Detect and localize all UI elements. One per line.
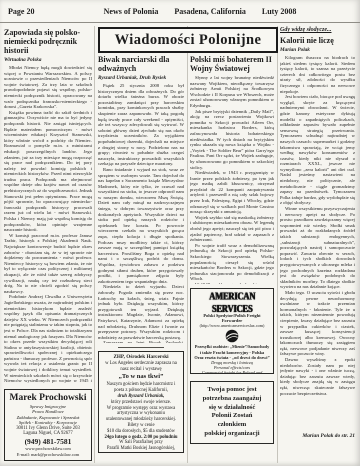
ticket-prices: $10 dla dorosłych, $5 dla studentów (101, 429, 181, 435)
ad-line: i także Fracht komercyjny - Polska (193, 350, 271, 355)
article-paragraph: W komisji pracował m.in. profesor Janusz… (4, 233, 92, 295)
continuation-note: Marian Polak do str. 21 (280, 433, 355, 439)
column-4: Gdy widzę słodycze... Kalorii nie liczę … (280, 26, 355, 439)
ad-line: Przesyłki osobiste: „Mienie”/Samochody (193, 344, 271, 349)
article-paragraph: Kilogram tłuszczu na biodrach to jakieś … (280, 55, 355, 94)
ad-line: Commercial freight for Poland and worldw… (193, 370, 271, 374)
zhp-announcement: ZHP, Ośrodek Harcerski w Los Angeles ser… (98, 351, 184, 453)
article-paragraph: Książka powinna trafić do szkół średnich… (4, 110, 92, 233)
masthead: News of Polonia Pasadena, California Lut… (70, 7, 330, 16)
article-paragraph: Słynny z lat wojny brunatny niedźwiedź n… (190, 75, 274, 109)
appeal-line: się w działalność (193, 404, 271, 413)
page-header: Page 20 News of Polonia Pasadena, Califo… (0, 7, 360, 21)
prochowski-ad: Marek Prochowski Sprawy Imigracyjne Praw… (4, 389, 92, 461)
zhp-line: w Los Angeles serdecznie zaprasza na (101, 361, 181, 367)
ad-subtitle: Polski Spedytor/Polish Freight Forwarder (193, 313, 271, 323)
column-rule (94, 26, 95, 463)
article-headline: Zapowiada się polsko-niemiecki podręczni… (4, 28, 92, 55)
article-paragraph: Mało tego. O uczuciu sytości i głodu dec… (280, 290, 355, 357)
article-paragraph: W 1947 r. oddano go edynburskiemu zoo, g… (190, 282, 274, 284)
page-number: Page 20 (8, 7, 34, 16)
header-rule (0, 22, 360, 23)
article-podrecznik: Zapowiada się polsko-niemiecki podręczni… (4, 28, 92, 384)
article-paragraph: Winne wszystkiemu przyzwyczajenia i nerw… (280, 206, 355, 290)
masthead-name: News of Polonia (104, 7, 159, 16)
masthead-date: Luty 2008 (262, 7, 296, 16)
article-paragraph: Dawno wyszliśmy z epoki niedoborów. Zost… (280, 357, 355, 396)
newspaper-page: Page 20 News of Polonia Pasadena, Califo… (0, 0, 360, 466)
service-line: Spółek - Kontrakty - Korporacje (7, 420, 89, 425)
column-rule (277, 26, 278, 463)
email-address: E-mail: mark@prochowskilaw.com (7, 452, 89, 457)
article-paragraph: Piątek 25 stycznia 2008 roku był history… (98, 83, 184, 167)
article-paragraph: Niedziela to dzień wyjazdu. Dzieci żałow… (98, 284, 184, 340)
american-services-logo: AMERICAN SERVICES (193, 290, 271, 315)
polonia-appeal-box: Twoja pomoc jest potrzebna zaangażuj się… (190, 381, 274, 444)
article-kalorie: Kilogram tłuszczu na biodrach to jakieś … (280, 55, 355, 431)
article-paragraph: Jak pisze brytyjski dziennik „Daily Mail… (190, 109, 274, 171)
section-divider (118, 347, 164, 348)
article-paragraph: Rano śniadanie i wyjazd na stok, wraz ze… (98, 167, 184, 284)
zhp-line: który przedstawi swoje wiersze. (101, 400, 181, 406)
article-paragraph: Jest bowiem ciało, biorące pod uwagę wyg… (280, 94, 355, 206)
article-byline: Ryszard Urbaniak, Druh Rysiek (98, 75, 184, 81)
article-paragraph: Po wojnie trafił wraz z demobilizowaną j… (190, 243, 274, 282)
phone-number: (949) 481-7581 (7, 437, 89, 447)
article-paragraph: Młodzi Niemcy będą mogli dowiedzieć się … (4, 65, 92, 110)
zhp-line: nasz recital i wystawę (101, 367, 181, 373)
masthead-place: Pasadena, California (174, 7, 246, 16)
venue-line: 3424 W. Adams Blvd., Los Angeles (101, 452, 181, 453)
article-headline: Biwak narciarski dla odważnych (98, 55, 184, 73)
event-title: „To w nas tkwi” (101, 373, 181, 381)
article-byline: Wirtualna Polska (4, 57, 92, 63)
article-byline: Marian Polak (280, 47, 355, 53)
article-headline: Polski miś bohaterem II Wojny Światowej (190, 55, 274, 73)
appeal-line: Polonii Zostań (193, 412, 271, 421)
article-mis: Polski miś bohaterem II Wojny Światowej … (190, 55, 274, 284)
ad-url: (http://www.americanserviceslax.com) (193, 323, 271, 328)
appeal-line: członkiem (193, 421, 271, 430)
article-paragraph: Niedźwiadek, w 1943 r. przygarnięty w Ir… (190, 170, 274, 215)
appeal-line: polskiej organizacji (193, 430, 271, 439)
american-services-ad: AMERICAN SERVICES Polski Spedytor/Polish… (190, 288, 274, 374)
article-paragraph: Wojtek szybko stał się maskotką żołnierz… (190, 215, 274, 243)
article-paragraph: Zapraszam na letni Biwak Żeglarski. Będz… (98, 340, 184, 343)
article-kicker: Gdy widzę słodycze... (280, 27, 355, 33)
advertiser-name: Marek Prochowski (7, 393, 89, 404)
appeal-line: potrzebna zaangażuj (193, 395, 271, 404)
ad-line: Oraz reszta świata - „od drzwi do drzwi” (193, 355, 271, 360)
column-3: Polski miś bohaterem II Wojny Światowej … (190, 26, 274, 444)
globe-icon (225, 329, 239, 343)
column-rule (187, 26, 188, 463)
appeal-line: Twoja pomoc jest (193, 386, 271, 395)
column-2: Biwak narciarski dla odważnych Ryszard U… (98, 26, 184, 453)
article-headline: Kalorii nie liczę (280, 36, 355, 45)
article-paragraph: Podobnie Andrzej Chwalba z Uniwersytetu … (4, 294, 92, 384)
article-biwak: Biwak narciarski dla odważnych Ryszard U… (98, 55, 184, 343)
column-1: Zapowiada się polsko-niemiecki podręczni… (4, 26, 92, 461)
